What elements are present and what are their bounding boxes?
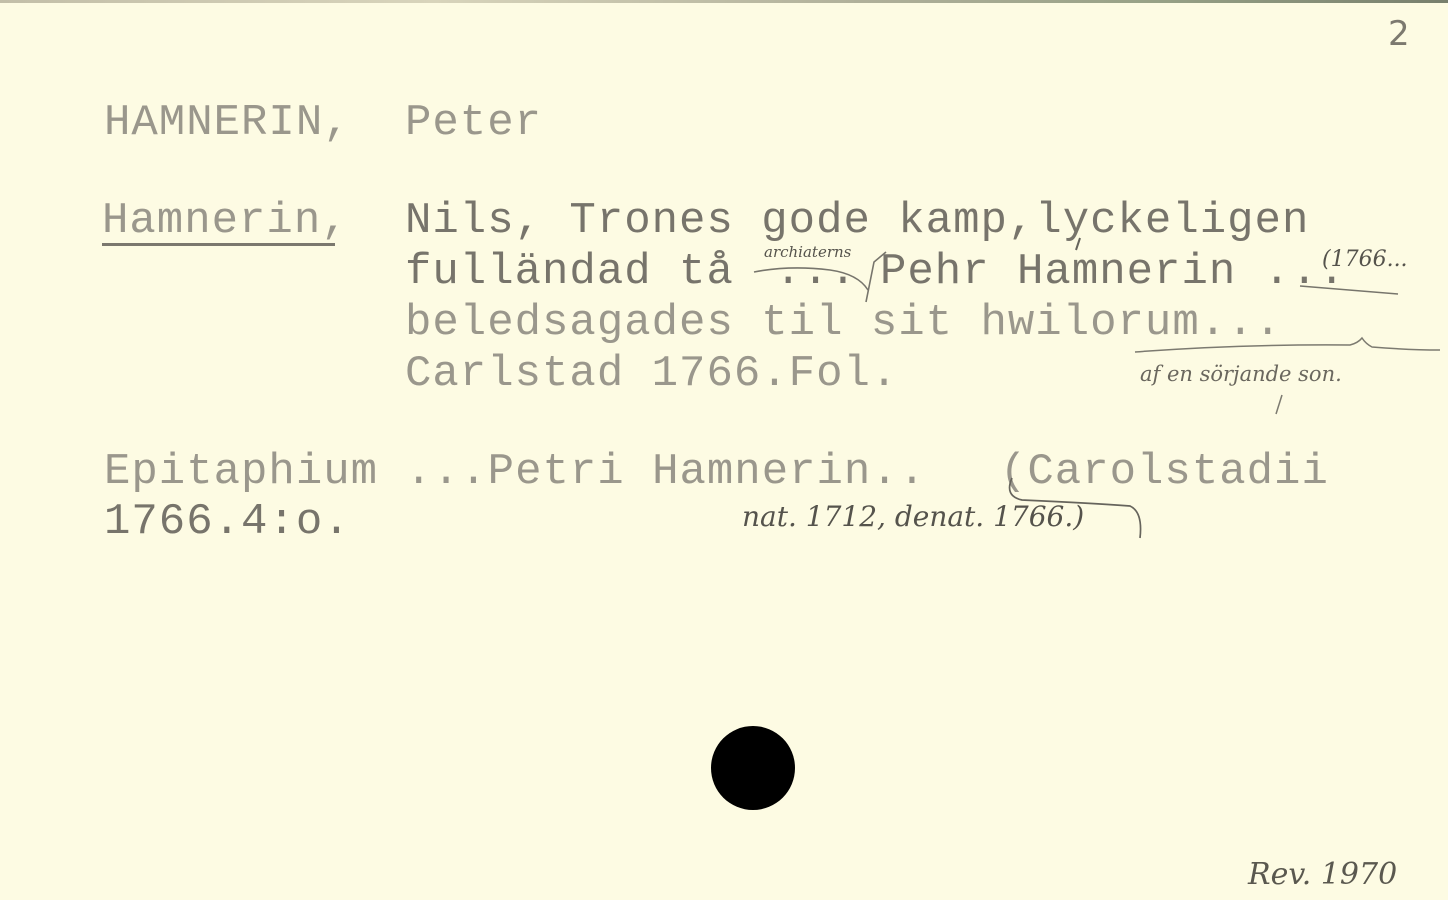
entry2-title-line1-place: (Carolstadii: [1000, 450, 1329, 494]
entry1-title-line1: Nils, Trones gode kamp,lyckeligen: [405, 199, 1309, 243]
card-top-edge: [0, 0, 1448, 3]
heading-forename: Peter: [405, 101, 542, 145]
entry1-imprint: Carlstad 1766.Fol.: [405, 352, 898, 396]
handwritten-dates-note: nat. 1712, denat. 1766.): [742, 503, 1084, 531]
entry2-imprint: 1766.4:o.: [104, 500, 351, 544]
punch-hole: [711, 726, 795, 810]
handwritten-year-note: (1766...: [1322, 249, 1408, 271]
entry1-title-line2-a: fulländad tå: [405, 250, 734, 294]
revision-note: Rev. 1970: [1248, 860, 1397, 890]
heading-surname: HAMNERIN,: [104, 101, 351, 145]
handwritten-insert-archiaterns: archiaterns: [764, 245, 851, 260]
handwritten-phrase-note: af en sörjande son.: [1140, 364, 1342, 385]
entry1-title-line3: beledsagades til sit hwilorum...: [405, 301, 1282, 345]
entry1-author: Hamnerin,: [102, 199, 349, 243]
entry1-title-line2-c: Pehr Hamnerin ...: [880, 250, 1346, 294]
author-underline: [102, 243, 335, 246]
card-number: 2: [1388, 14, 1410, 54]
entry2-title-line1: Epitaphium ...Petri Hamnerin..: [104, 450, 926, 494]
catalog-card: 2 HAMNERIN, Peter Hamnerin, Nils, Trones…: [0, 0, 1448, 900]
